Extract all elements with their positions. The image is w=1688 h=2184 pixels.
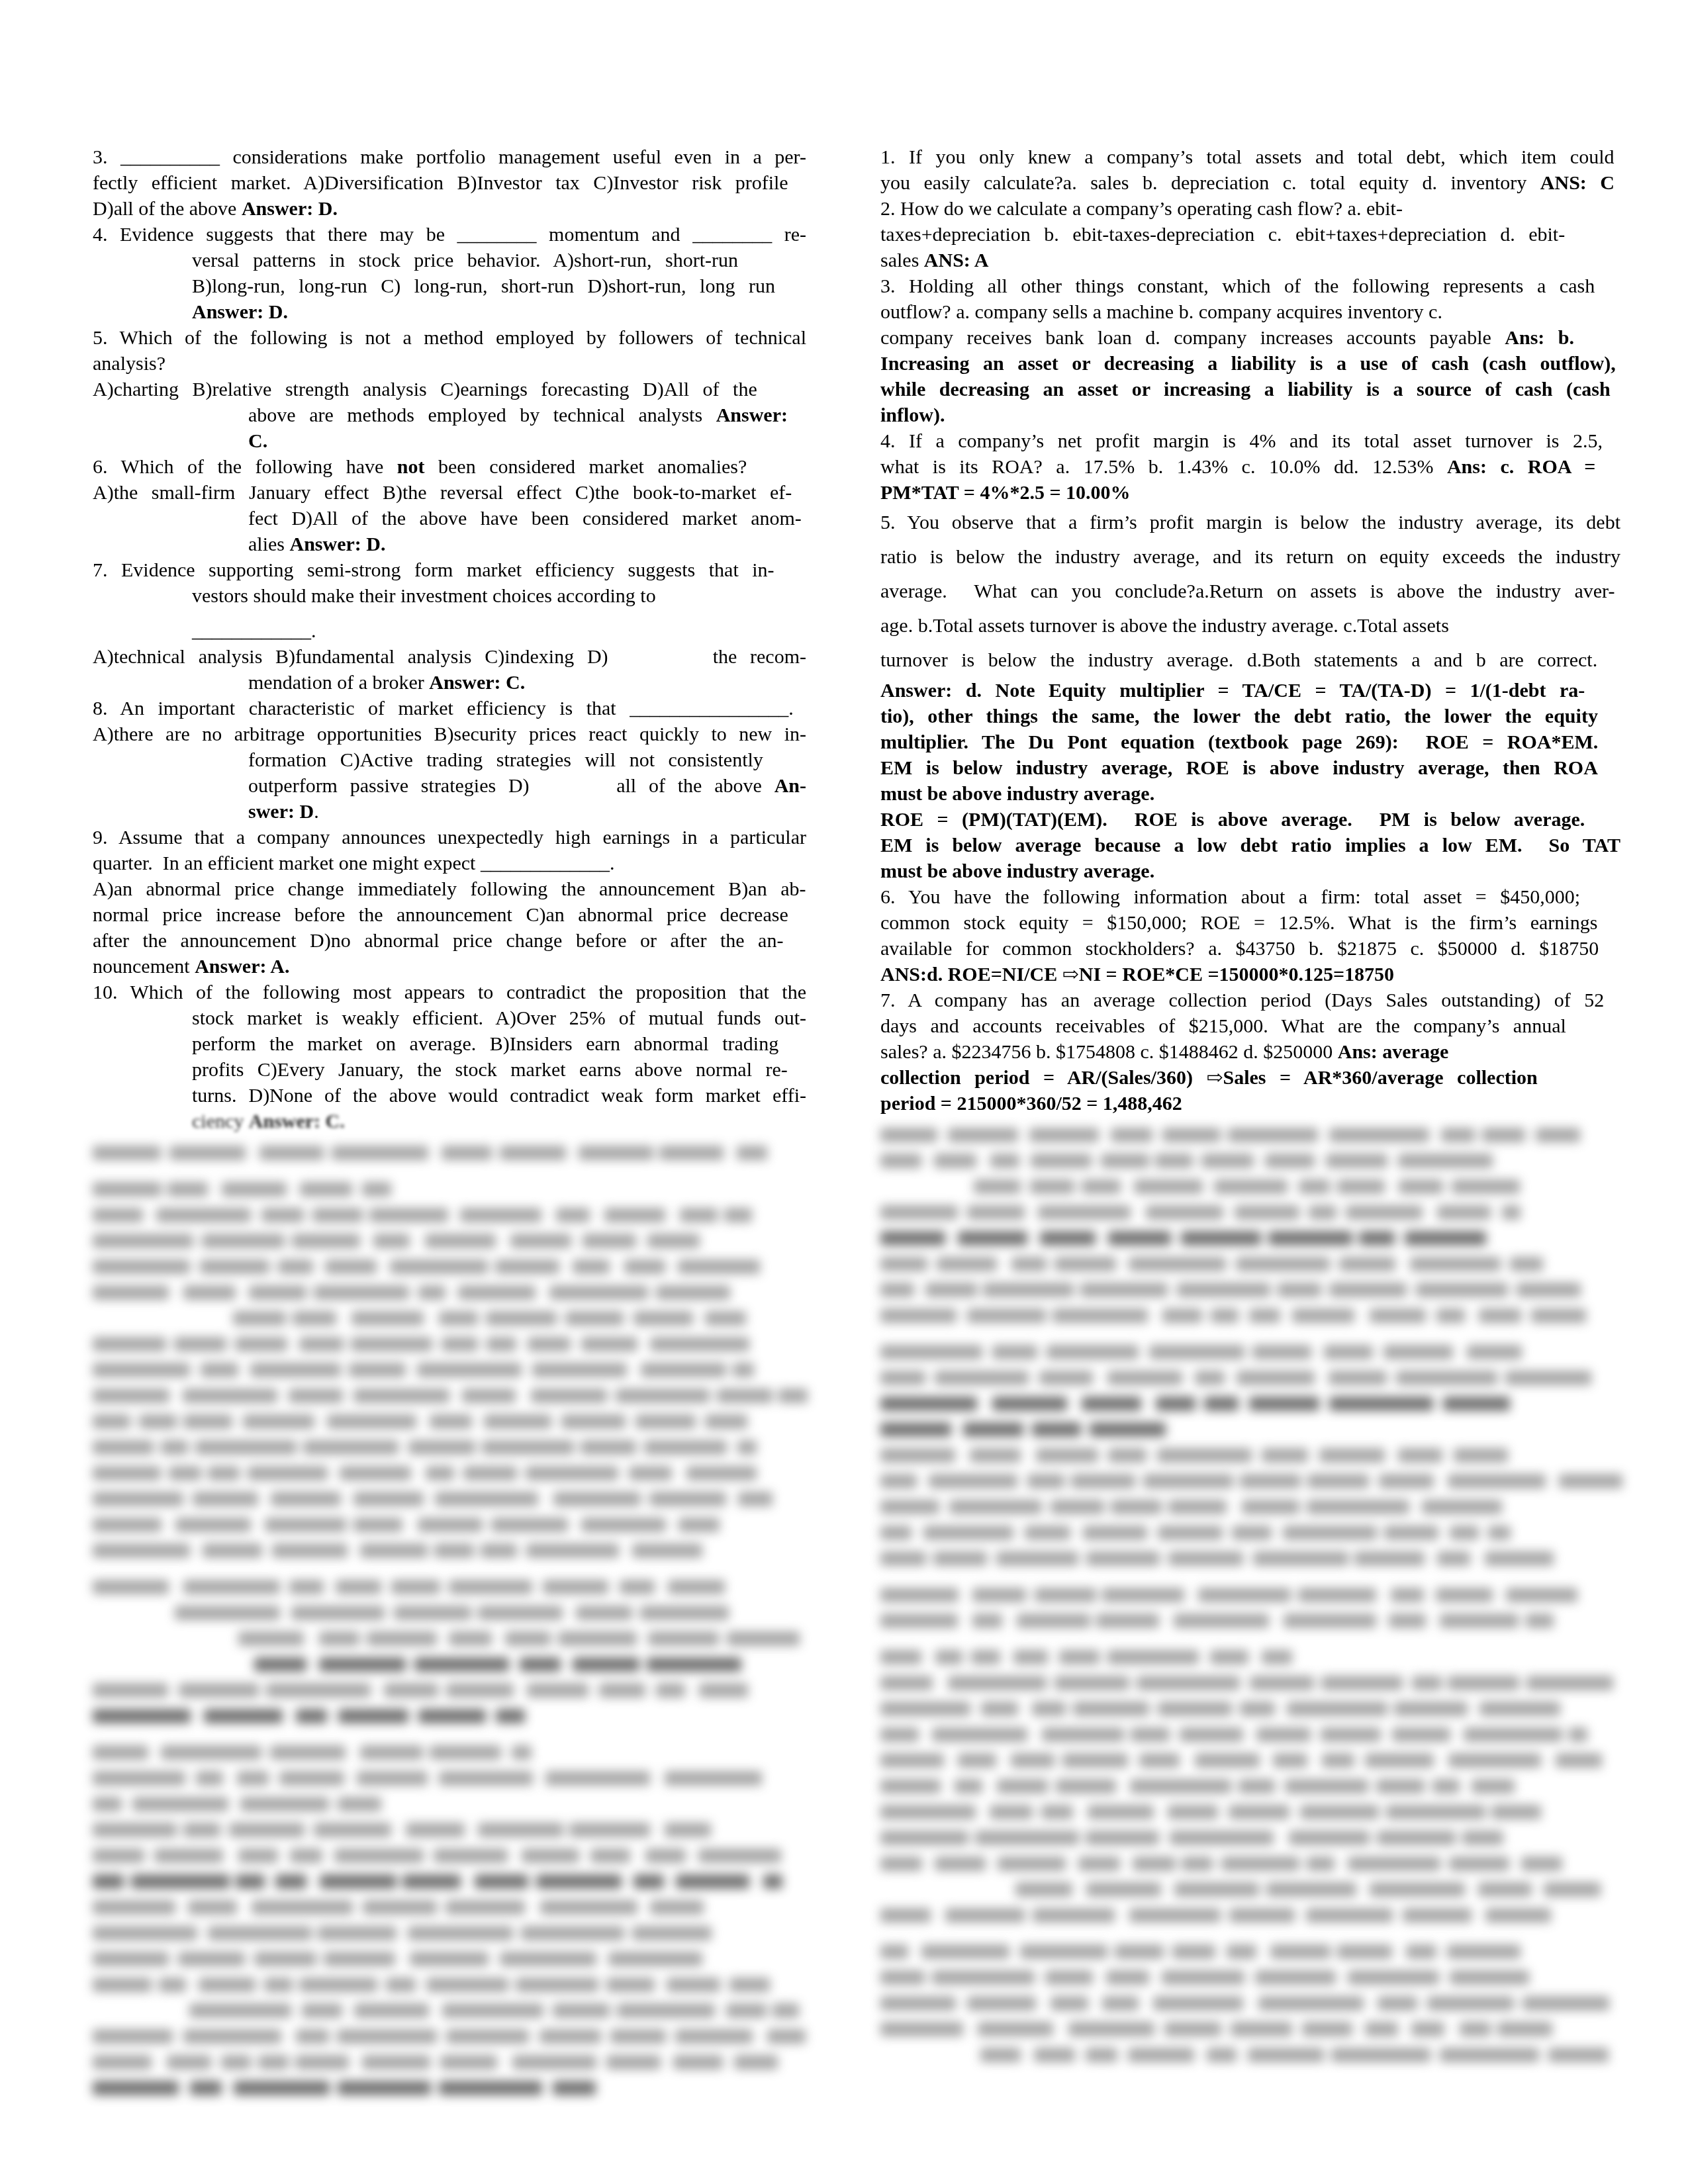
redacted-line — [880, 1339, 1620, 1365]
redacted-word — [705, 1414, 748, 1429]
redacted-word — [1405, 1231, 1486, 1246]
redacted-line — [880, 1416, 1620, 1442]
text-line: common stock equity = $150,000; ROE = 12… — [880, 910, 1620, 936]
redacted-word — [1437, 1551, 1471, 1566]
redacted-word — [462, 1388, 516, 1403]
redacted-word — [921, 1944, 1009, 1959]
redacted-word — [581, 1337, 638, 1351]
redacted-word — [1017, 1614, 1090, 1628]
redacted-word — [880, 1345, 982, 1359]
redacted-line — [880, 2042, 1620, 2068]
redacted-word — [1370, 1308, 1425, 1323]
redacted-word — [1268, 1231, 1352, 1246]
redacted-word — [169, 1146, 246, 1160]
redacted-word — [1086, 1831, 1158, 1845]
redacted-word — [1139, 1753, 1180, 1768]
redacted-word — [174, 1337, 226, 1351]
redacted-word — [1162, 1970, 1244, 1985]
redacted-word — [487, 1337, 516, 1351]
redacted-word — [190, 2081, 222, 2095]
redacted-word — [362, 2055, 430, 2070]
question-text: 1. If you only knew a company’s total as… — [880, 146, 1614, 168]
text-line-content: ratio is below the industry average, and… — [880, 546, 1620, 568]
redacted-word — [880, 1308, 957, 1323]
redacted-word — [970, 1448, 1021, 1463]
redacted-word — [880, 1283, 914, 1297]
redacted-word — [581, 1440, 636, 1455]
redacted-word — [880, 1371, 925, 1385]
redacted-word — [1322, 1753, 1355, 1768]
redacted-line — [93, 1625, 806, 1651]
answer-bold-text: collection period = AR/(Sales/360) ⇨Sale… — [880, 1067, 1538, 1089]
question-text: nouncement — [93, 956, 195, 978]
redacted-word — [93, 1388, 169, 1403]
redacted-word — [426, 1978, 508, 1992]
redacted-word — [1252, 1345, 1311, 1359]
redacted-word — [1115, 1944, 1164, 1959]
text-line: 4. If a company’s net profit margin is 4… — [880, 428, 1620, 454]
redacted-word — [880, 1702, 970, 1716]
redacted-word — [1214, 1179, 1288, 1194]
redacted-word — [1056, 1779, 1116, 1794]
redacted-word — [610, 2029, 667, 2044]
redacted-word — [1231, 2022, 1292, 2036]
redacted-word — [354, 2003, 429, 2018]
redacted-word — [1041, 1805, 1073, 1819]
question-text: company receives bank loan d. company in… — [880, 327, 1505, 349]
redacted-word — [439, 2081, 543, 2095]
text-line: days and accounts receivables of $215,00… — [880, 1013, 1620, 1039]
redacted-word — [1396, 1371, 1497, 1385]
text-line-content: taxes+depreciation b. ebit-taxes-depreci… — [880, 224, 1565, 246]
redacted-word — [1059, 1650, 1100, 1664]
question-text: ratio is below the industry average, and… — [880, 546, 1620, 568]
redacted-word — [1321, 1676, 1403, 1690]
redacted-word — [386, 1978, 416, 1992]
redacted-word — [159, 1978, 186, 1992]
answer-bold-text: must be above industry average. — [880, 860, 1154, 882]
redacted-word — [1307, 1474, 1369, 1488]
redacted-word — [1427, 1996, 1514, 2011]
redacted-word — [250, 1363, 341, 1377]
redacted-word — [640, 1606, 729, 1620]
redacted-line — [93, 1843, 806, 1868]
text-line-content: EM is below industry average, ROE is abo… — [880, 757, 1598, 779]
text-line-content: A)there are no arbitrage opportunities B… — [93, 723, 806, 745]
text-line-content: swer: D. — [248, 801, 319, 823]
redacted-line — [880, 1670, 1620, 1696]
redacted-word — [1464, 1727, 1562, 1742]
redacted-word — [510, 1234, 571, 1248]
text-line-content: normal price increase before the announc… — [93, 904, 788, 926]
redacted-word — [569, 1823, 650, 1837]
redacted-word — [1556, 1753, 1602, 1768]
redacted-word — [680, 1208, 717, 1222]
redacted-word — [512, 1745, 532, 1760]
redacted-word — [1182, 1856, 1213, 1871]
redacted-word — [338, 1709, 408, 1723]
redacted-word — [949, 1500, 1042, 1514]
question-text: 4. If a company’s net profit margin is 4… — [880, 430, 1603, 452]
redacted-word — [1329, 1283, 1407, 1297]
text-line-content: 1. If you only knew a company’s total as… — [880, 146, 1614, 168]
redacted-word — [1544, 1882, 1601, 1897]
redacted-word — [169, 1466, 201, 1480]
redacted-word — [1201, 1154, 1254, 1168]
redacted-word — [1262, 1650, 1292, 1664]
redacted-line — [93, 1677, 806, 1703]
redacted-word — [271, 1492, 341, 1506]
redacted-word — [1073, 1702, 1150, 1716]
redacted-word — [633, 1874, 664, 1889]
redacted-word — [1412, 1676, 1441, 1690]
redacted-line — [880, 2016, 1620, 2042]
redacted-word — [675, 2029, 753, 2044]
redacted-word — [1536, 1128, 1580, 1142]
text-line: 8. An important characteristic of market… — [93, 696, 806, 721]
redacted-word — [338, 1797, 381, 1811]
redacted-word — [1521, 1856, 1562, 1871]
redacted-word — [1033, 1908, 1115, 1923]
question-text: fectly efficient market. A)Diversificati… — [93, 172, 788, 194]
text-line: alies Answer: D. — [93, 531, 806, 557]
redacted-word — [1240, 1702, 1274, 1716]
redacted-word — [1559, 1474, 1622, 1488]
redacted-word — [536, 1874, 622, 1889]
redacted-word — [1378, 1996, 1417, 2011]
text-line: Answer: d. Note Equity multiplier = TA/C… — [880, 678, 1620, 704]
text-line-content: Answer: D. — [192, 301, 288, 323]
redacted-word — [167, 1182, 208, 1197]
redacted-word — [336, 1580, 381, 1594]
redacted-word — [394, 1606, 472, 1620]
redacted-word — [234, 2081, 330, 2095]
redacted-word — [93, 1234, 193, 1248]
text-line-content: ANS:d. ROE=NI/CE ⇨NI = ROE*CE =150000*0.… — [880, 964, 1394, 985]
redacted-word — [880, 1856, 922, 1871]
redacted-word — [93, 1363, 190, 1377]
redacted-word — [1278, 1283, 1321, 1297]
question-text: . — [314, 801, 319, 823]
answer-bold-text: C. — [248, 430, 267, 452]
question-text: above are methods employed by technical … — [248, 404, 716, 426]
redacted-word — [254, 1952, 316, 1966]
redacted-word — [293, 1311, 337, 1326]
redacted-word — [1107, 1650, 1198, 1664]
redacted-word — [738, 1492, 773, 1506]
redacted-word — [656, 1683, 685, 1698]
redacted-word — [1051, 1500, 1104, 1514]
redacted-word — [620, 1580, 655, 1594]
redacted-word — [496, 1709, 525, 1723]
redacted-word — [983, 1283, 1074, 1297]
redacted-line — [93, 1408, 806, 1434]
redacted-word — [729, 1978, 770, 1992]
text-line: collection period = AR/(Sales/360) ⇨Sale… — [880, 1065, 1620, 1091]
redacted-word — [300, 1182, 352, 1197]
redacted-word — [161, 1745, 261, 1760]
answer-bold-text: Answer: D. — [289, 533, 385, 555]
redacted-word — [1156, 1396, 1196, 1411]
redacted-word — [532, 1363, 627, 1377]
question-text: 9. Assume that a company announces unexp… — [93, 827, 806, 848]
redacted-word — [93, 1543, 190, 1558]
redacted-word — [1088, 1805, 1154, 1819]
redacted-word — [183, 1414, 233, 1429]
redacted-word — [1181, 1231, 1261, 1246]
redacted-line — [880, 1938, 1620, 1964]
redacted-word — [990, 1154, 1019, 1168]
redacted-word — [289, 1388, 343, 1403]
text-line: 5. Which of the following is not a metho… — [93, 325, 806, 351]
text-line: mendation of a broker Answer: C. — [93, 670, 806, 696]
text-line-content: 10. Which of the following most appears … — [93, 981, 806, 1003]
text-line: turnover is below the industry average. … — [880, 643, 1620, 678]
redacted-word — [1531, 1308, 1586, 1323]
redacted-word — [1485, 1551, 1554, 1566]
redacted-word — [290, 1848, 322, 1863]
redacted-line — [880, 1799, 1620, 1825]
text-line-content: company receives bank loan d. company in… — [880, 327, 1574, 349]
redacted-word — [296, 1709, 326, 1723]
redacted-word — [606, 1978, 655, 1992]
redacted-word — [183, 1285, 236, 1300]
text-line-content: 7. Evidence supporting semi-strong form … — [93, 559, 774, 581]
redacted-word — [1478, 1882, 1532, 1897]
redacted-word — [1080, 1283, 1168, 1297]
redacted-word — [1062, 1753, 1128, 1768]
redacted-word — [1398, 1154, 1493, 1168]
redacted-line — [880, 1199, 1620, 1225]
answer-bold-text: Ans: b. — [1505, 327, 1574, 349]
redacted-word — [188, 1900, 237, 1915]
redacted-line — [93, 1946, 806, 1972]
redacted-line — [93, 1512, 806, 1537]
redacted-word — [93, 1466, 161, 1480]
answer-bold-text: ROE = (PM)(TAT)(EM). ROE is above averag… — [880, 809, 1585, 831]
redacted-word — [93, 2029, 173, 2044]
text-line-content: EM is below average because a low debt r… — [880, 835, 1620, 856]
redacted-word — [1038, 1205, 1131, 1220]
redacted-word — [763, 1874, 782, 1889]
redacted-word — [1195, 1371, 1225, 1385]
text-line: swer: D. — [93, 799, 806, 825]
redacted-word — [520, 1657, 561, 1672]
redacted-word — [1047, 1345, 1139, 1359]
text-line-content: 2. How do we calculate a company’s opera… — [880, 198, 1403, 220]
redacted-word — [767, 2029, 806, 2044]
redacted-word — [1055, 1676, 1129, 1690]
question-text: been considered market anomalies? — [425, 456, 747, 478]
text-line: A)the small-firm January effect B)the re… — [93, 480, 806, 506]
redacted-word — [880, 1154, 921, 1168]
question-text: normal price increase before the announc… — [93, 904, 788, 926]
redacted-word — [1450, 1970, 1529, 1985]
redacted-word — [131, 1874, 230, 1889]
redacted-word — [1307, 1500, 1409, 1514]
text-line: average. What can you conclude?a.Return … — [880, 574, 1620, 609]
redacted-word — [516, 1978, 598, 1992]
redacted-word — [373, 1234, 409, 1248]
redacted-word — [154, 1848, 223, 1863]
redacted-word — [644, 1440, 726, 1455]
redacted-word — [442, 2003, 543, 2018]
redacted-word — [1448, 1474, 1546, 1488]
text-line-content: after the announcement D)no abnormal pri… — [93, 930, 783, 952]
text-line-content: age. b.Total assets turnover is above th… — [880, 615, 1449, 637]
text-line-content: 4. Evidence suggests that there may be _… — [93, 224, 806, 246]
redacted-word — [629, 1466, 672, 1480]
redacted-word — [1155, 1154, 1193, 1168]
text-line-content: 5. Which of the following is not a metho… — [93, 327, 806, 349]
text-line-content: while decreasing an asset or increasing … — [880, 379, 1611, 400]
redacted-word — [724, 1208, 752, 1222]
redacted-word — [1284, 1614, 1376, 1628]
text-line: must be above industry average. — [880, 858, 1620, 884]
redacted-word — [1266, 1882, 1356, 1897]
redacted-word — [932, 1727, 1027, 1742]
redacted-word — [1162, 1128, 1220, 1142]
redacted-word — [935, 1371, 1029, 1385]
redacted-word — [880, 1396, 977, 1411]
text-line: perform the market on average. B)Insider… — [93, 1031, 806, 1057]
redacted-word — [1448, 1753, 1541, 1768]
text-line-content: D)all of the above Answer: D. — [93, 198, 338, 220]
redacted-word — [1329, 1396, 1433, 1411]
text-line-content: above are methods employed by technical … — [248, 404, 788, 426]
text-line: formation C)Active trading strategies wi… — [93, 747, 806, 773]
redacted-word — [208, 1466, 239, 1480]
redacted-word — [93, 1440, 154, 1455]
question-text: alies — [248, 533, 289, 555]
redacted-word — [1386, 1805, 1485, 1819]
redacted-word — [303, 1440, 399, 1455]
redacted-word — [384, 1683, 438, 1698]
redacted-word — [599, 1683, 645, 1698]
redacted-word — [446, 1683, 514, 1698]
redacted-word — [679, 1518, 720, 1532]
text-line-content: Answer: d. Note Equity multiplier = TA/C… — [880, 680, 1585, 702]
text-line: must be above industry average. — [880, 781, 1620, 807]
redacted-line — [93, 1791, 806, 1817]
question-text: A)technical analysis B)fundamental analy… — [93, 646, 806, 668]
redacted-word — [1256, 1727, 1311, 1742]
answer-bold-text: Answer: D. — [192, 301, 288, 323]
redacted-word — [1137, 1676, 1240, 1690]
redacted-word — [522, 1848, 579, 1863]
answer-bold-text: Answer: D. — [242, 198, 338, 220]
redacted-word — [1020, 1944, 1107, 1959]
redacted-line — [93, 1434, 806, 1460]
redacted-line — [93, 2023, 806, 2049]
redacted-word — [527, 1683, 589, 1698]
redacted-word — [93, 1285, 169, 1300]
redacted-word — [179, 1683, 259, 1698]
redacted-word — [1443, 1396, 1510, 1411]
redacted-word — [1505, 1371, 1591, 1385]
redacted-word — [880, 1805, 976, 1819]
redacted-word — [442, 1146, 492, 1160]
redacted-line — [880, 1825, 1620, 1850]
redacted-word — [1030, 1179, 1074, 1194]
answer-bold-text: ANS: C — [1540, 172, 1615, 194]
question-text: you easily calculate?a. sales b. depreci… — [880, 172, 1540, 194]
redacted-word — [402, 1874, 461, 1889]
redacted-line — [93, 1176, 806, 1202]
redacted-word — [1082, 1179, 1121, 1194]
redacted-word — [266, 1683, 370, 1698]
redacted-word — [1078, 1856, 1120, 1871]
redacted-word — [1051, 1996, 1088, 2011]
text-line: inflow). — [880, 402, 1620, 428]
redacted-word — [531, 1388, 607, 1403]
text-line: after the announcement D)no abnormal pri… — [93, 928, 806, 954]
redacted-word — [958, 1753, 996, 1768]
redacted-word — [1157, 1448, 1252, 1463]
redacted-word — [195, 1440, 297, 1455]
redacted-word — [410, 1952, 489, 1966]
redacted-word — [132, 1797, 228, 1811]
text-line-content: perform the market on average. B)Insider… — [192, 1033, 778, 1055]
redacted-word — [1086, 1882, 1161, 1897]
redacted-word — [1258, 1996, 1364, 2011]
text-line-content: 6. You have the following information ab… — [880, 886, 1580, 908]
redacted-word — [645, 1848, 686, 1863]
redacted-word — [1432, 1779, 1459, 1794]
redacted-word — [270, 1745, 346, 1760]
redacted-line — [93, 1574, 806, 1600]
redacted-word — [990, 1805, 1033, 1819]
text-line: 7. A company has an average collection p… — [880, 987, 1620, 1013]
text-line-content: ROE = (PM)(TAT)(EM). ROE is above averag… — [880, 809, 1585, 831]
redacted-word — [314, 1285, 409, 1300]
redacted-word — [650, 1337, 749, 1351]
text-line-content: mendation of a broker Answer: C. — [248, 672, 525, 694]
text-line: outflow? a. company sells a machine b. c… — [880, 299, 1620, 325]
redacted-word — [543, 1580, 608, 1594]
redacted-word — [93, 1926, 197, 1940]
redacted-word — [319, 1657, 406, 1672]
redacted-word — [1379, 1474, 1434, 1488]
redacted-line — [880, 1225, 1620, 1251]
redacted-line — [93, 2075, 806, 2101]
redacted-word — [1359, 1231, 1395, 1246]
redacted-word — [442, 1337, 478, 1351]
redacted-word — [202, 1234, 285, 1248]
redacted-word — [1090, 1422, 1166, 1437]
redacted-word — [349, 1363, 406, 1377]
redacted-word — [1526, 1614, 1554, 1628]
question-text: 5. Which of the following is not a metho… — [93, 327, 806, 349]
answer-bold-text: multiplier. The Du Pont equation (textbo… — [880, 731, 1598, 753]
redacted-word — [667, 1978, 720, 1992]
redacted-word — [189, 2003, 291, 2018]
redacted-word — [360, 1745, 423, 1760]
redacted-word — [156, 1208, 251, 1222]
redacted-word — [435, 1492, 538, 1506]
text-line: outperform passive strategies D) all of … — [93, 773, 806, 799]
text-line: D)all of the above Answer: D. — [93, 196, 806, 222]
redacted-word — [1454, 1448, 1508, 1463]
redacted-word — [353, 1388, 449, 1403]
redacted-word — [880, 1448, 955, 1463]
redacted-word — [279, 1771, 344, 1786]
redacted-word — [1130, 1779, 1231, 1794]
text-line: ROE = (PM)(TAT)(EM). ROE is above averag… — [880, 807, 1620, 833]
redacted-word — [1083, 1525, 1147, 1540]
text-line-content: formation C)Active trading strategies wi… — [248, 749, 763, 771]
text-line: EM is below industry average, ROE is abo… — [880, 755, 1620, 781]
